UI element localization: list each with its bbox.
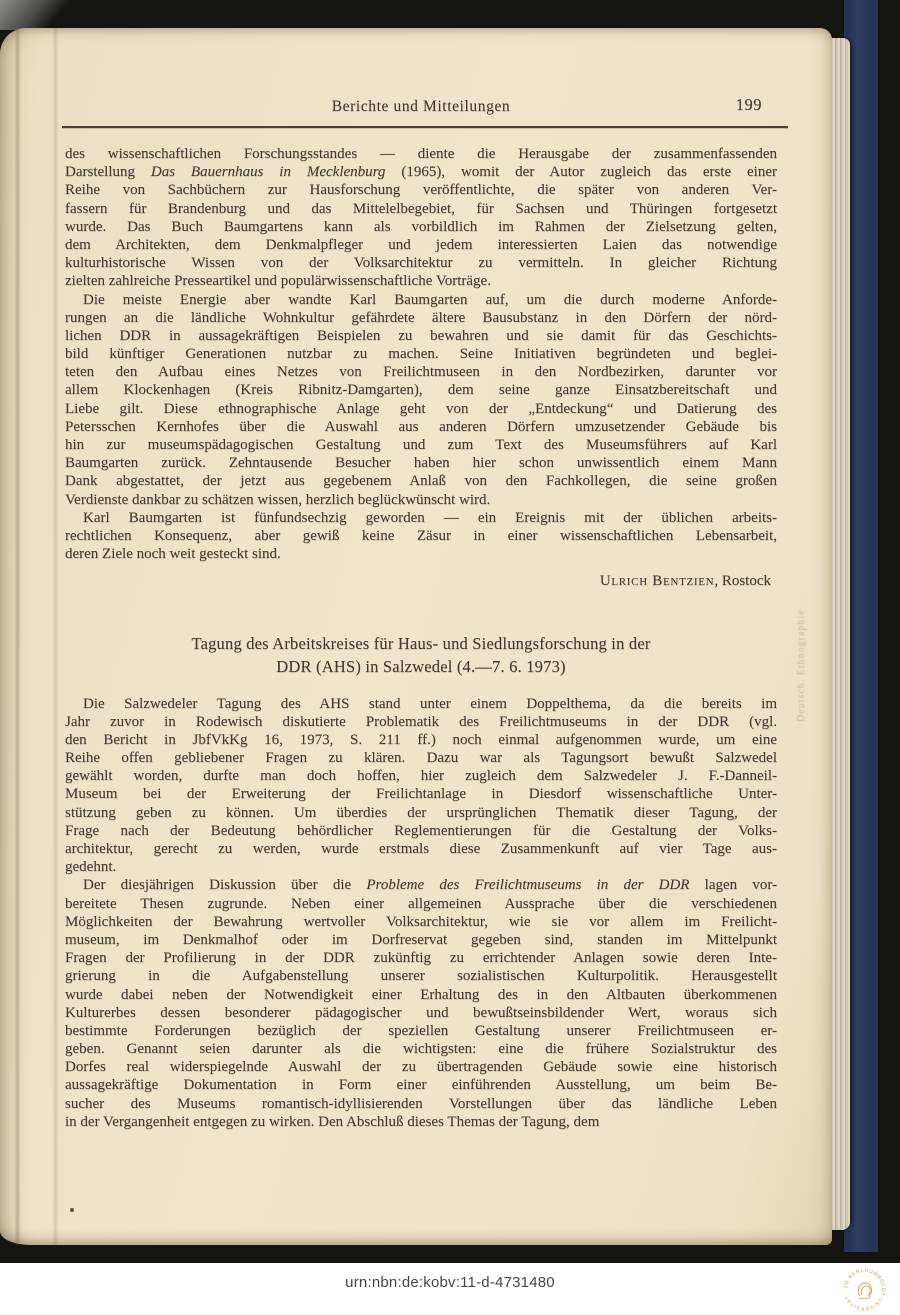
text-line: Dank abgestattet, der jetzt aus gegebene… — [65, 472, 777, 490]
header-rule — [62, 126, 788, 128]
text-line: Der diesjährigen Diskussion über die Pro… — [65, 876, 777, 894]
text-line: zielten zahlreiche Presseartikel und pop… — [65, 272, 777, 290]
paragraph: Die Salzwedeler Tagung des AHS stand unt… — [65, 695, 777, 877]
text-line: architektur, gerecht zu werden, wurde er… — [65, 840, 777, 858]
gutter-crease — [14, 28, 21, 1245]
ink-speck — [70, 1208, 74, 1212]
author-name: Ulrich Bentzien — [600, 573, 715, 589]
paragraph: Der diesjährigen Diskussion über die Pro… — [65, 876, 777, 1131]
text-line: bild künftiger Generationen nutzbar zu m… — [65, 345, 777, 363]
text-line: Liebe gilt. Diese ethnographische Anlage… — [65, 400, 777, 418]
text-line: Reihe offen gebliebener Fragen zu klären… — [65, 749, 777, 767]
text-line: deren Ziele noch weit gesteckt sind. — [65, 545, 777, 563]
text-line: rungen an die ländliche Wohnkultur gefäh… — [65, 309, 777, 327]
article-heading: Tagung des Arbeitskreises für Haus- und … — [65, 632, 777, 678]
text-line: Kulturerbes dessen besonderer pädagogisc… — [65, 1004, 777, 1022]
fore-edge-inscription: Deutsch. Ethnographie — [796, 592, 816, 722]
book-scan: Berichte und Mitteilungen 199 des wissen… — [0, 0, 900, 1263]
text-line: Museum bei der Erweiterung der Freilicht… — [65, 785, 777, 803]
text-line: Verdienste dankbar zu schätzen wissen, h… — [65, 491, 777, 509]
text-line: hin zur museumspädagogischen Gestaltung … — [65, 436, 777, 454]
text-line: Petersschen Kernhofes über die Auswahl a… — [65, 418, 777, 436]
urn-identifier: urn:nbn:de:kobv:11-d-4731480 — [0, 1274, 900, 1291]
paragraph: Die meiste Energie aber wandte Karl Baum… — [65, 291, 777, 509]
text-line: Fragen der Profilierung in der DDR zukün… — [65, 949, 777, 967]
text-line: Darstellung Das Bauernhaus in Mecklenbur… — [65, 163, 777, 181]
text-line: Die Salzwedeler Tagung des AHS stand unt… — [65, 695, 777, 713]
text-line: Reihe von Sachbüchern zur Hausforschung … — [65, 181, 777, 199]
text-line: fassern für Brandenburg und das Mittelel… — [65, 200, 777, 218]
text-line: Möglichkeiten der Bewahrung wertvoller V… — [65, 913, 777, 931]
text-line: geben. Genannt seien darunter als die wi… — [65, 1040, 777, 1058]
text-line: bestimmte Forderungen bezüglich der spez… — [65, 1022, 777, 1040]
paragraph: des wissenschaftlichen Forschungsstandes… — [65, 145, 777, 291]
spacer — [65, 678, 777, 695]
svg-text:HUMBOLDT-UNIVERSITÄT · ZU BERL: HUMBOLDT-UNIVERSITÄT · ZU BERLIN · — [840, 1265, 886, 1311]
text-line: teten den Aufbau eines Netzes von Freili… — [65, 363, 777, 381]
article-1-body: des wissenschaftlichen Forschungsstandes… — [65, 145, 777, 563]
article-heading-line: Tagung des Arbeitskreises für Haus- und … — [65, 632, 777, 655]
viewer-footer: urn:nbn:de:kobv:11-d-4731480 HUMBOLDT-UN… — [0, 1263, 900, 1315]
page-number: 199 — [736, 95, 762, 115]
book-page: Berichte und Mitteilungen 199 des wissen… — [0, 28, 832, 1245]
running-title: Berichte und Mitteilungen — [65, 98, 777, 116]
text-line: in der Vergangenheit entgegen zu wirken.… — [65, 1113, 777, 1131]
text-line: wurde dabei neben der Notwendigkeit eine… — [65, 986, 777, 1004]
text-line: grierung in die Aufgabenstellung unserer… — [65, 967, 777, 985]
text-line: Die meiste Energie aber wandte Karl Baum… — [65, 291, 777, 309]
page-text-column: des wissenschaftlichen Forschungsstandes… — [65, 145, 777, 1131]
text-line: den Bericht in JbfVkKg 16, 1973, S. 211 … — [65, 731, 777, 749]
text-line: Baumgarten zurück. Zehntausende Besucher… — [65, 454, 777, 472]
humboldt-brothers-profiles — [858, 1283, 872, 1299]
article-heading-line: DDR (AHS) in Salzwedel (4.—7. 6. 1973) — [65, 655, 777, 678]
paragraph: Karl Baumgarten ist fünfundsechzig gewor… — [65, 509, 777, 564]
seal-ring-text: HUMBOLDT-UNIVERSITÄT · ZU BERLIN · — [840, 1265, 886, 1311]
text-line: des wissenschaftlichen Forschungsstandes… — [65, 145, 777, 163]
text-line: kulturhistorische Wissen von der Volksar… — [65, 254, 777, 272]
text-line: bereitete Thesen zugrunde. Neben einer a… — [65, 895, 777, 913]
text-line: rechtlichen Konsequenz, aber gewiß keine… — [65, 527, 777, 545]
book-cover-corner-highlight — [0, 0, 90, 30]
text-line: gedehnt. — [65, 858, 777, 876]
text-line: wurde. Das Buch Baumgartens kann als vor… — [65, 218, 777, 236]
author-signature: Ulrich Bentzien, Rostock — [65, 572, 777, 590]
text-line: sucher des Museums romantisch-idyllisier… — [65, 1095, 777, 1113]
library-viewer-screen: Berichte und Mitteilungen 199 des wissen… — [0, 0, 900, 1315]
text-line: Dorfes real widerspiegelnde Auswahl der … — [65, 1058, 777, 1076]
text-line: gewählt worden, durfte man doch hoffen, … — [65, 767, 777, 785]
text-line: aussagekräftige Dokumentation in Form ei… — [65, 1076, 777, 1094]
text-line: Jahr zuvor in Rodewisch diskutierte Prob… — [65, 713, 777, 731]
article-2-body: Die Salzwedeler Tagung des AHS stand unt… — [65, 695, 777, 1132]
gutter-crease — [52, 28, 59, 1245]
text-line: stützung geben zu können. Um überdies de… — [65, 804, 777, 822]
text-line: lichen DDR in aussagekräftigen Beispiele… — [65, 327, 777, 345]
text-line: Karl Baumgarten ist fünfundsechzig gewor… — [65, 509, 777, 527]
text-line: dem Architekten, dem Denkmalpfleger und … — [65, 236, 777, 254]
text-line: museum, im Denkmalhof oder im Dorfreserv… — [65, 931, 777, 949]
text-line: Frage nach der Bedeutung behördlicher Re… — [65, 822, 777, 840]
humboldt-university-seal-logo: HUMBOLDT-UNIVERSITÄT · ZU BERLIN · — [840, 1265, 889, 1314]
author-location: , Rostock — [714, 573, 771, 589]
text-line: allem Klockenhagen (Kreis Ribnitz-Damgar… — [65, 381, 777, 399]
